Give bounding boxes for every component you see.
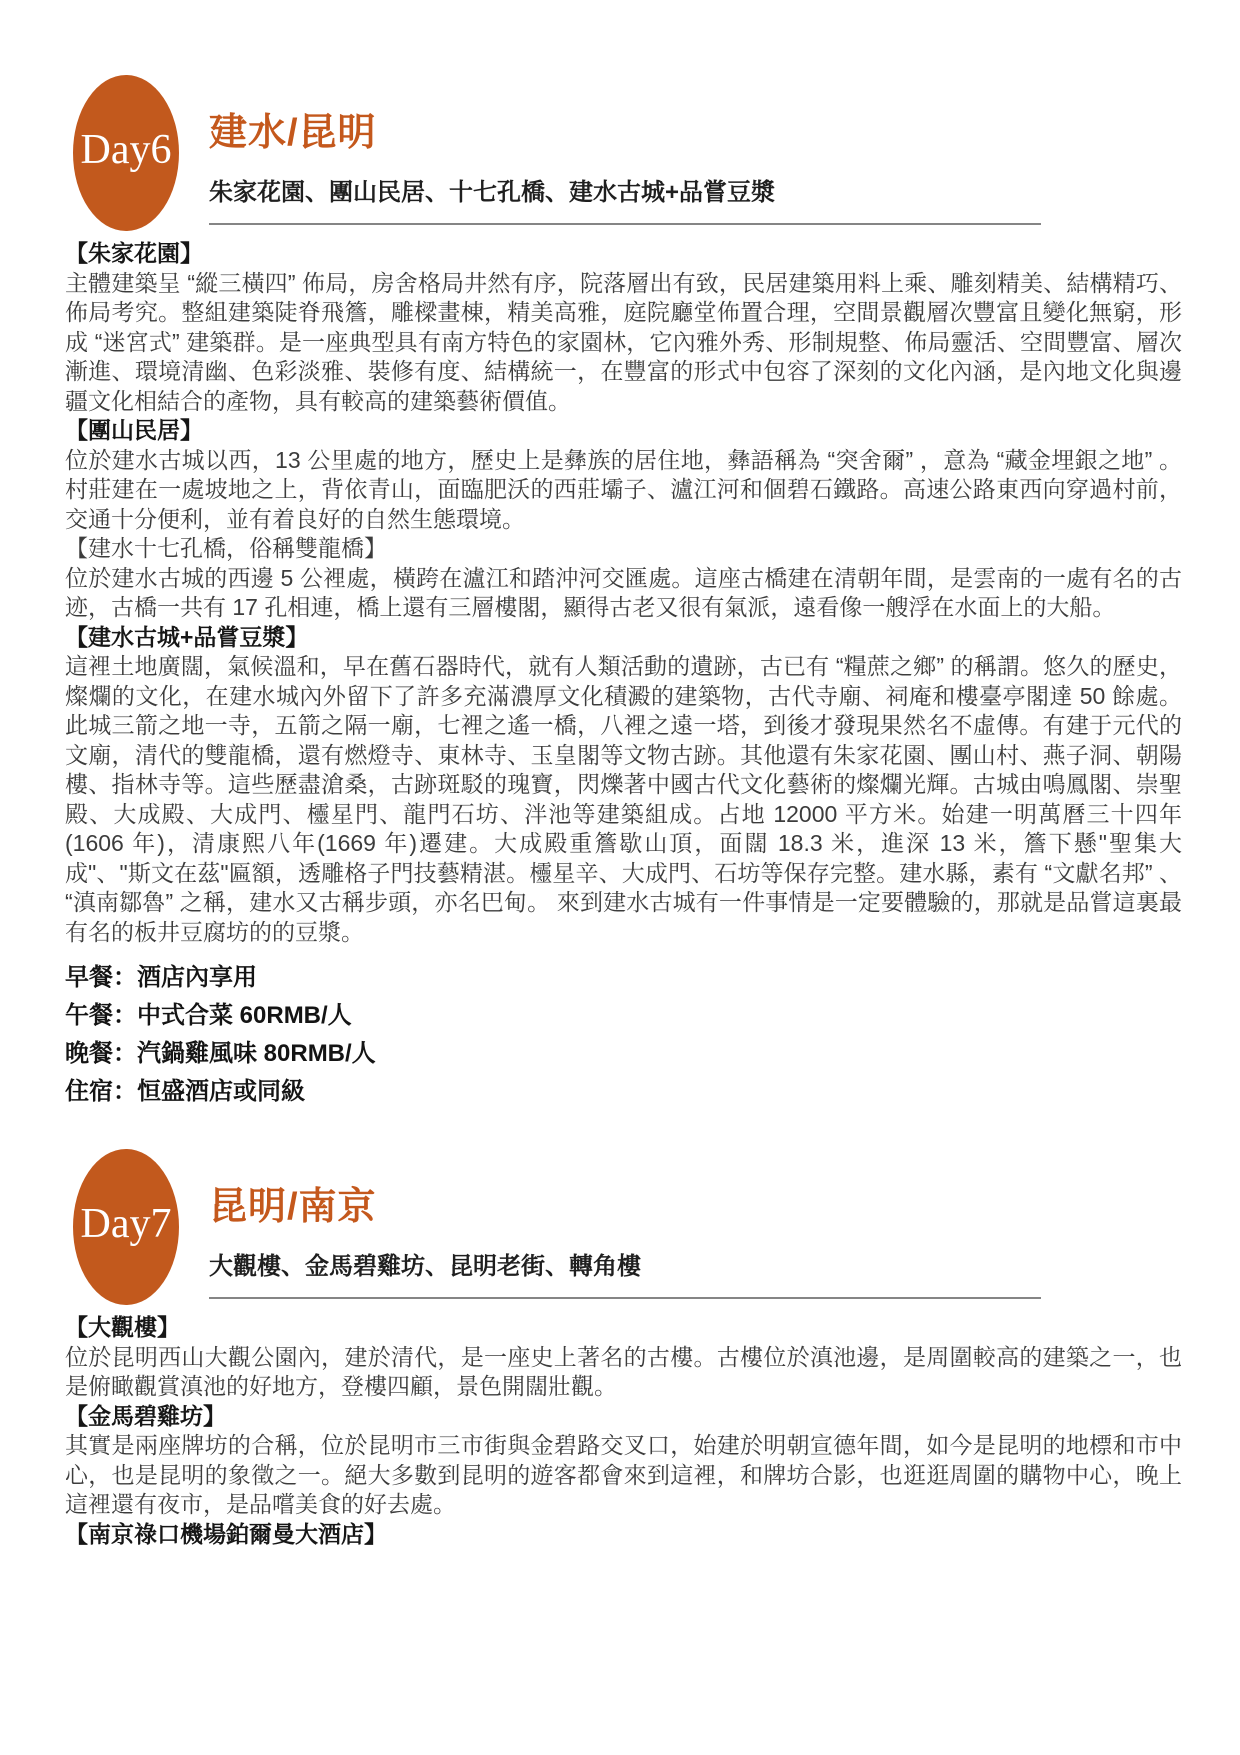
section-body-tuanshan-houses: 位於建水古城以西，13 公里處的地方，歷史上是彝族的居住地，彝語稱為 “突舍爾”… xyxy=(65,446,1182,535)
day7-content: 【大觀樓】 位於昆明西山大觀公園內，建於清代，是一座史上著名的古樓。古樓位於滇池… xyxy=(65,1313,1182,1549)
day6-route-subtitle: 朱家花園、團山民居、十七孔橋、建水古城+品嘗豆漿 xyxy=(209,172,1182,207)
day6-title: 建水/昆明 xyxy=(209,101,1182,156)
section-body-jianshui-old-town: 這裡土地廣闊，氣候溫和，早在舊石器時代，就有人類活動的遺跡，古已有 “糧蔗之鄉”… xyxy=(65,652,1182,947)
section-heading-nanjing-pullman-hotel: 【南京祿口機場鉑爾曼大酒店】 xyxy=(65,1520,1182,1550)
day7-badge: Day7 xyxy=(73,1149,179,1305)
day6-meals: 早餐：酒店內享用 午餐：中式合菜 60RMB/人 晚餐：汽鍋雞風味 80RMB/… xyxy=(65,959,1182,1111)
section-body-zhujia-garden: 主體建築呈 “縱三橫四” 佈局，房舍格局井然有序，院落層出有致，民居建築用料上乘… xyxy=(65,269,1182,417)
section-body-daguan-tower: 位於昆明西山大觀公園內，建於清代，是一座史上著名的古樓。古樓位於滇池邊，是周圍較… xyxy=(65,1343,1182,1402)
day6-section: Day6 建水/昆明 朱家花園、團山民居、十七孔橋、建水古城+品嘗豆漿 【朱家花… xyxy=(65,75,1182,1111)
day6-divider xyxy=(209,223,1041,225)
day7-section: Day7 昆明/南京 大觀樓、金馬碧雞坊、昆明老街、轉角樓 【大觀樓】 位於昆明… xyxy=(65,1149,1182,1549)
section-heading-daguan-tower: 【大觀樓】 xyxy=(65,1313,1182,1343)
section-heading-zhujia-garden: 【朱家花園】 xyxy=(65,239,1182,269)
section-heading-tuanshan-houses: 【團山民居】 xyxy=(65,416,1182,446)
breakfast-line: 早餐：酒店內享用 xyxy=(65,959,1182,997)
day6-content: 【朱家花園】 主體建築呈 “縱三橫四” 佈局，房舍格局井然有序，院落層出有致，民… xyxy=(65,239,1182,1111)
day7-route-subtitle: 大觀樓、金馬碧雞坊、昆明老街、轉角樓 xyxy=(209,1246,1182,1281)
dinner-line: 晚餐：汽鍋雞風味 80RMB/人 xyxy=(65,1035,1182,1073)
day6-titles: 建水/昆明 朱家花園、團山民居、十七孔橋、建水古城+品嘗豆漿 xyxy=(209,75,1182,225)
day6-badge: Day6 xyxy=(73,75,179,231)
day7-badge-label: Day7 xyxy=(81,1203,172,1251)
day7-title: 昆明/南京 xyxy=(209,1175,1182,1230)
day6-badge-label: Day6 xyxy=(81,129,172,177)
section-heading-seventeen-arch-bridge: 【建水十七孔橋，俗稱雙龍橋】 xyxy=(65,534,1182,564)
itinerary-page: Day6 建水/昆明 朱家花園、團山民居、十七孔橋、建水古城+品嘗豆漿 【朱家花… xyxy=(0,75,1240,1549)
section-body-seventeen-arch-bridge: 位於建水古城的西邊 5 公裡處，橫跨在瀘江和踏沖河交匯處。這座古橋建在清朝年間，… xyxy=(65,564,1182,623)
section-heading-jianshui-old-town: 【建水古城+品嘗豆漿】 xyxy=(65,623,1182,653)
section-body-jinma-biji-archways: 其實是兩座牌坊的合稱，位於昆明市三市街與金碧路交叉口，始建於明朝宣德年間，如今是… xyxy=(65,1431,1182,1520)
section-heading-jinma-biji-archways: 【金馬碧雞坊】 xyxy=(65,1402,1182,1432)
day7-header: Day7 昆明/南京 大觀樓、金馬碧雞坊、昆明老街、轉角樓 xyxy=(65,1149,1182,1305)
lunch-line: 午餐：中式合菜 60RMB/人 xyxy=(65,997,1182,1035)
day7-divider xyxy=(209,1297,1041,1299)
hotel-line: 住宿：恒盛酒店或同級 xyxy=(65,1073,1182,1111)
day7-titles: 昆明/南京 大觀樓、金馬碧雞坊、昆明老街、轉角樓 xyxy=(209,1149,1182,1299)
day6-header: Day6 建水/昆明 朱家花園、團山民居、十七孔橋、建水古城+品嘗豆漿 xyxy=(65,75,1182,231)
